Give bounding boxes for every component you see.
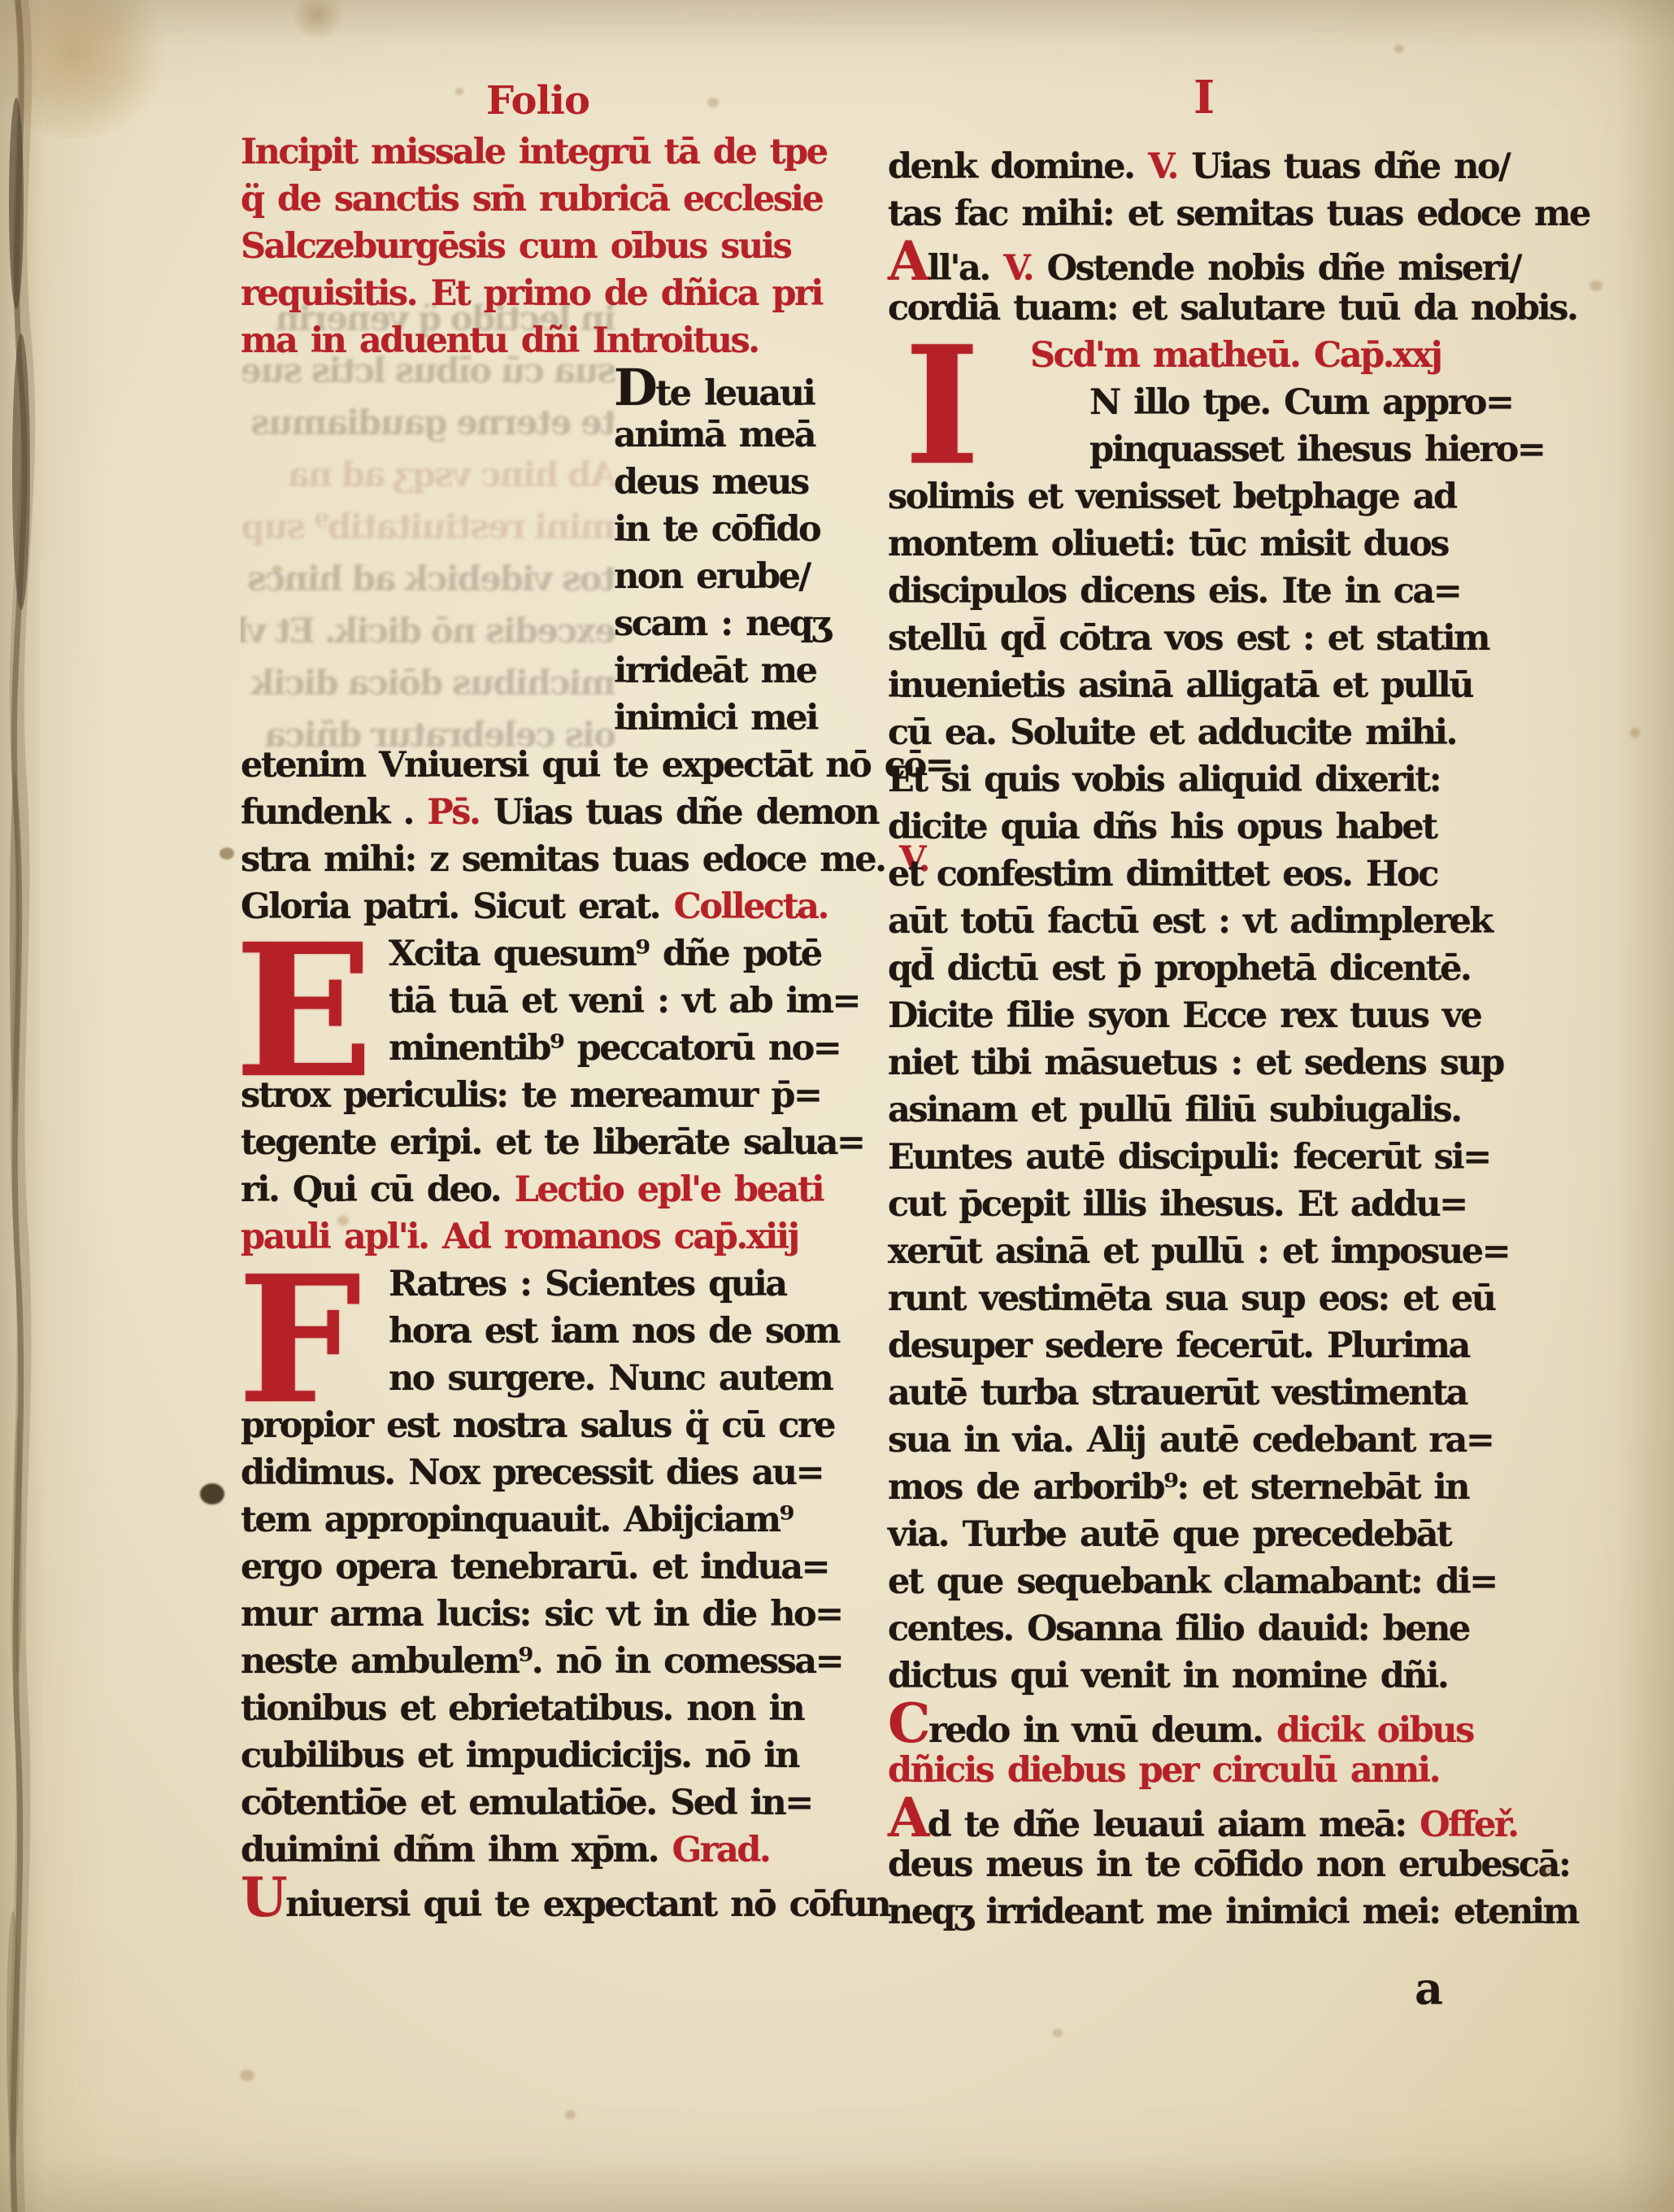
body-text: N illo tpe. Cum appro= [1089, 382, 1512, 423]
text-line: qd̄ dictū est p̄ prophetā dicentē. [888, 945, 1530, 992]
body-text: mur arma lucis: sic vt in die ho= [241, 1594, 842, 1635]
body-text: hora est iam nos de som [389, 1311, 839, 1352]
text-line: dictus qui venit in nomine dñi. [888, 1652, 1530, 1700]
text-line: solimis et venisset betphage ad [888, 473, 1530, 520]
body-text: deus meus [614, 462, 808, 503]
text-line: niet tibi māsuetus : et sedens sup [888, 1039, 1530, 1086]
text-line: Ratres : Scientes quia [241, 1261, 871, 1308]
rubric-text: Offeř. [1420, 1805, 1518, 1845]
text-line: pinquasset ihesus hiero= [888, 426, 1530, 473]
body-text: animā meā [614, 415, 815, 455]
body-text: mos de arborib⁹: et sternebāt in [888, 1467, 1468, 1508]
body-text: Uias tuas dñe no/ [1191, 146, 1509, 187]
text-line: cōtentiōe et emulatiōe. Sed in= [241, 1779, 871, 1827]
ink-spot [200, 1483, 224, 1504]
text-line: tiā tuā et veni : vt ab im= [241, 978, 871, 1025]
rubric-text: A [888, 229, 928, 293]
foxing-spot [455, 88, 463, 95]
text-line: runt vestimēta sua sup eos: et eū [888, 1275, 1530, 1322]
text-line: autē turba strauerūt vestimenta [888, 1369, 1530, 1417]
rubric-text: ma in aduentu dñi Introitus. [241, 320, 759, 361]
foxing-spot [1630, 728, 1640, 738]
text-line: minentib⁹ peccatorū no= [241, 1025, 871, 1072]
body-text: propior est nostra salus q̈ cū cre [241, 1405, 834, 1446]
text-line: inimici mei [241, 695, 871, 742]
body-text: no surgere. Nunc autem [389, 1358, 832, 1399]
rubric-text: q̈ de sanctis sm̄ rubricā ecclesie [241, 179, 822, 220]
folio-number: I [1194, 75, 1215, 120]
body-text: inimici mei [614, 698, 817, 738]
text-line: sua in via. Alij autē cedebant ra= [888, 1417, 1530, 1464]
body-text: xerūt asinā et pullū : et imposue= [888, 1231, 1509, 1272]
text-line: tegente eripi. et te liberāte salua= [241, 1119, 871, 1166]
text-line: irrideāt me [241, 647, 871, 695]
text-line: Incipit missale integrū tā de tpe [241, 128, 871, 176]
text-line: dicite quia dñs his opus habet [888, 803, 1530, 851]
rubric-text: requisitis. Et primo de dñica pri [241, 273, 822, 314]
body-text: cordiā tuam: et salutare tuū da nobis. [888, 288, 1576, 329]
rubric-text: Collecta. [674, 886, 828, 927]
page-edge [0, 0, 122, 2212]
body-text: denk domine. [888, 146, 1148, 187]
text-line: centes. Osanna filio dauid: bene [888, 1605, 1530, 1652]
body-text: dicite quia dñs his opus habet [888, 807, 1437, 847]
rubric-text: U [241, 1866, 285, 1929]
text-line: hora est iam nos de som [241, 1308, 871, 1355]
body-text: minentib⁹ peccatorū no= [389, 1028, 840, 1069]
body-text: etenim Vniuersi qui te expectāt nō cō= [241, 745, 952, 786]
body-text: solimis et venisset betphage ad [888, 477, 1456, 517]
foxing-spot [1053, 2029, 1063, 2037]
body-text: sua in via. Alij autē cedebant ra= [888, 1420, 1493, 1461]
text-line: inuenietis asinā alligatā et pullū [888, 662, 1530, 709]
text-line: et confestim dimittet eos. Hoc [888, 851, 1530, 898]
body-text: scam : neqʒ [614, 603, 829, 644]
body-text: autē turba strauerūt vestimenta [888, 1373, 1467, 1413]
text-line: requisitis. Et primo de dñica pri [241, 270, 871, 317]
text-line: discipulos dicens eis. Ite in ca= [888, 568, 1530, 615]
text-line: deus meus in te cōfido non erubescā: [888, 1841, 1530, 1888]
text-line: stra mihi: z semitas tuas edoce me. V. [241, 836, 871, 883]
text-line: no surgere. Nunc autem [241, 1355, 871, 1402]
rubric-text: dñicis diebus per circulū anni. [888, 1750, 1439, 1791]
text-line: tionibus et ebrietatibus. non in [241, 1685, 871, 1732]
rubric-text: C [888, 1692, 928, 1755]
body-text: dictus qui venit in nomine dñi. [888, 1656, 1447, 1696]
text-line: Salczeburgēsis cum oībus suis [241, 223, 871, 270]
body-text: via. Turbe autē que precedebāt [888, 1514, 1450, 1555]
body-text: te leuaui [655, 373, 814, 414]
rubric-text: dicik oibus [1276, 1710, 1473, 1751]
rubric-text: Incipit missale integrū tā de tpe [241, 132, 827, 172]
body-text: pinquasset ihesus hiero= [1089, 429, 1544, 470]
body-text: inuenietis asinā alligatā et pullū [888, 665, 1472, 706]
text-line: stellū qd̄ cōtra vos est : et statim [888, 615, 1530, 662]
rubric-text: Ps̄. [427, 792, 493, 833]
text-line: propior est nostra salus q̈ cū cre [241, 1402, 871, 1449]
text-line: ma in aduentu dñi Introitus. [241, 317, 871, 364]
rubric-text: pauli apl'i. Ad romanos cap̄.xiij [241, 1217, 798, 1257]
body-text: deus meus in te cōfido non erubescā: [888, 1844, 1569, 1885]
body-text: aūt totū factū est : vt adimplerek [888, 901, 1492, 942]
text-column-left: Incipit missale integrū tā de tpeq̈ de s… [241, 128, 871, 1921]
body-text: centes. Osanna filio dauid: bene [888, 1609, 1469, 1649]
text-line: in te cōfido [241, 506, 871, 553]
rubric-text: Grad. [672, 1830, 770, 1870]
body-text: asinam et pullū filiū subiugalis. [888, 1090, 1461, 1130]
rubric-text: V. [1003, 248, 1046, 289]
body-text: ll'a. [928, 248, 1004, 289]
body-text: niet tibi māsuetus : et sedens sup [888, 1043, 1503, 1083]
text-line: Credo in vnū deum. dicik oibus [888, 1700, 1530, 1747]
body-text: Uias tuas dñe demon [494, 792, 878, 833]
text-column-right: denk domine. V. Uias tuas dñe no/tas fac… [888, 143, 1530, 1935]
body-text: Ostende nobis dñe miseri/ [1047, 248, 1520, 289]
text-line: q̈ de sanctis sm̄ rubricā ecclesie [241, 176, 871, 223]
text-line: tem appropinquauit. Abijciam⁹ [241, 1496, 871, 1544]
body-text: tem appropinquauit. Abijciam⁹ [241, 1500, 793, 1540]
text-line: asinam et pullū filiū subiugalis. [888, 1086, 1530, 1134]
foxing-spot [707, 98, 719, 107]
body-text: qd̄ dictū est p̄ prophetā dicentē. [888, 948, 1470, 989]
body-text: stellū qd̄ cōtra vos est : et statim [888, 618, 1489, 659]
text-line: cū ea. Soluite et adducite mihi. [888, 709, 1530, 756]
text-line: via. Turbe autē que precedebāt [888, 1511, 1530, 1558]
text-line: Gloria patri. Sicut erat. Collecta. [241, 883, 871, 930]
text-line: scam : neqʒ [241, 600, 871, 647]
body-text: Euntes autē discipuli: fecerūt si= [888, 1137, 1490, 1178]
text-line: desuper sedere fecerūt. Plurima [888, 1322, 1530, 1369]
body-text: cōtentiōe et emulatiōe. Sed in= [241, 1783, 812, 1823]
text-line: Uniuersi qui te expectant nō cōfun [241, 1874, 871, 1921]
body-text: discipulos dicens eis. Ite in ca= [888, 571, 1460, 612]
body-text: et que sequebank clamabant: di= [888, 1561, 1497, 1602]
foxing-spot [565, 2110, 576, 2119]
foxing-spot [1589, 281, 1602, 291]
body-text: cubilibus et impudicicijs. nō in [241, 1735, 798, 1776]
text-line: ergo opera tenebrarū. et indua= [241, 1544, 871, 1591]
text-line: Scd'm matheū. Cap̄.xxj [888, 332, 1530, 379]
body-text: in te cōfido [614, 509, 820, 550]
body-text: strox periculis: te mereamur p̄= [241, 1075, 821, 1116]
rubric-text: V. [1148, 146, 1191, 187]
body-text: irrideāt me [614, 651, 815, 691]
body-text: didimus. Nox precessit dies au= [241, 1452, 823, 1493]
text-line: aūt totū factū est : vt adimplerek [888, 898, 1530, 945]
text-line: xerūt asinā et pullū : et imposue= [888, 1228, 1530, 1275]
body-text: cū ea. Soluite et adducite mihi. [888, 712, 1456, 753]
body-text: Dicite filie syon Ecce rex tuus ve [888, 995, 1481, 1036]
text-line: Xcita quesum⁹ dñe potē [241, 930, 871, 978]
foxing-spot [220, 847, 234, 860]
body-text: tionibus et ebrietatibus. non in [241, 1688, 803, 1729]
text-line: animā meā [241, 411, 871, 459]
rubric-text: Salczeburgēsis cum oībus suis [241, 226, 790, 267]
text-line: Dicite filie syon Ecce rex tuus ve [888, 992, 1530, 1039]
body-text: D [614, 358, 655, 417]
body-text: Xcita quesum⁹ dñe potē [389, 934, 821, 974]
foxing-spot [240, 2070, 254, 2081]
body-text: Gloria patri. Sicut erat. [241, 886, 674, 927]
text-line: etenim Vniuersi qui te expectāt nō cō= [241, 742, 871, 789]
text-line: neste ambulem⁹. nō in comessa= [241, 1638, 871, 1685]
text-line: duimini dñm ihm xp̄m. Grad. [241, 1827, 871, 1874]
top-stain [289, 0, 346, 38]
body-text: tas fac mihi: et semitas tuas edoce me [888, 194, 1589, 234]
text-line: tas fac mihi: et semitas tuas edoce me [888, 190, 1530, 237]
text-line: All'a. V. Ostende nobis dñe miseri/ [888, 237, 1530, 285]
text-line: non erube/ [241, 553, 871, 600]
body-text: desuper sedere fecerūt. Plurima [888, 1326, 1469, 1366]
body-text: redo in vnū deum. [928, 1710, 1276, 1751]
body-text: tiā tuā et veni : vt ab im= [389, 981, 859, 1021]
text-line: neqʒ irrideant me inimici mei: etenim [888, 1888, 1530, 1935]
text-line: cut p̄cepit illis ihesus. Et addu= [888, 1181, 1530, 1228]
text-line: cordiā tuam: et salutare tuū da nobis. [888, 285, 1530, 332]
text-line: Ad te dñe leuaui aiam meā: Offeř. [888, 1794, 1530, 1841]
body-text: fundenk . [241, 792, 427, 833]
text-line: deus meus [241, 459, 871, 506]
manuscript-page: in lectido q̈ venerinsua cū oībus lctis … [0, 0, 1674, 2212]
body-text: Ratres : Scientes quia [389, 1264, 786, 1304]
body-text: duimini dñm ihm xp̄m. [241, 1830, 672, 1870]
body-text: ri. Qui cū deo. [241, 1169, 515, 1210]
rubric-text: Scd'm matheū. Cap̄.xxj [1030, 335, 1441, 376]
text-line: didimus. Nox precessit dies au= [241, 1449, 871, 1496]
rubric-text: Lectio epl'e beati [515, 1169, 823, 1210]
rubric-text: A [888, 1786, 928, 1849]
text-line: Et si quis vobis aliquid dixerit: [888, 756, 1530, 803]
text-line: N illo tpe. Cum appro= [888, 379, 1530, 426]
text-line: ri. Qui cū deo. Lectio epl'e beati [241, 1166, 871, 1213]
text-line: Dte leuaui [241, 364, 871, 411]
text-line: denk domine. V. Uias tuas dñe no/ [888, 143, 1530, 190]
body-text: montem oliueti: tūc misit duos [888, 524, 1448, 564]
body-text: neqʒ irrideant me inimici mei: etenim [888, 1892, 1578, 1932]
text-line: dñicis diebus per circulū anni. [888, 1747, 1530, 1794]
signature-mark: a [1415, 1966, 1443, 2010]
body-text: ergo opera tenebrarū. et indua= [241, 1547, 828, 1587]
text-line: montem oliueti: tūc misit duos [888, 520, 1530, 568]
body-text: et confestim dimittet eos. Hoc [888, 854, 1437, 895]
foxing-spot [1394, 45, 1404, 53]
body-text: runt vestimēta sua sup eos: et eū [888, 1278, 1495, 1319]
text-line: strox periculis: te mereamur p̄= [241, 1072, 871, 1119]
body-text: non erube/ [614, 556, 810, 597]
body-text: tegente eripi. et te liberāte salua= [241, 1122, 864, 1163]
body-text: niuersi qui te expectant nō cōfun [285, 1884, 889, 1925]
text-line: fundenk . Ps̄. Uias tuas dñe demon [241, 789, 871, 836]
body-text: neste ambulem⁹. nō in comessa= [241, 1641, 842, 1682]
body-text: stra mihi: z semitas tuas edoce me. [241, 839, 899, 880]
body-text: cut p̄cepit illis ihesus. Et addu= [888, 1184, 1467, 1225]
text-line: cubilibus et impudicicijs. nō in [241, 1732, 871, 1779]
text-line: mur arma lucis: sic vt in die ho= [241, 1591, 871, 1638]
text-line: Euntes autē discipuli: fecerūt si= [888, 1134, 1530, 1181]
text-line: et que sequebank clamabant: di= [888, 1558, 1530, 1605]
text-line: pauli apl'i. Ad romanos cap̄.xiij [241, 1213, 871, 1261]
folio-label: Folio [486, 81, 589, 120]
body-text: d te dñe leuaui aiam meā: [928, 1805, 1420, 1845]
text-line: mos de arborib⁹: et sternebāt in [888, 1464, 1530, 1511]
body-text: Et si quis vobis aliquid dixerit: [888, 760, 1440, 800]
